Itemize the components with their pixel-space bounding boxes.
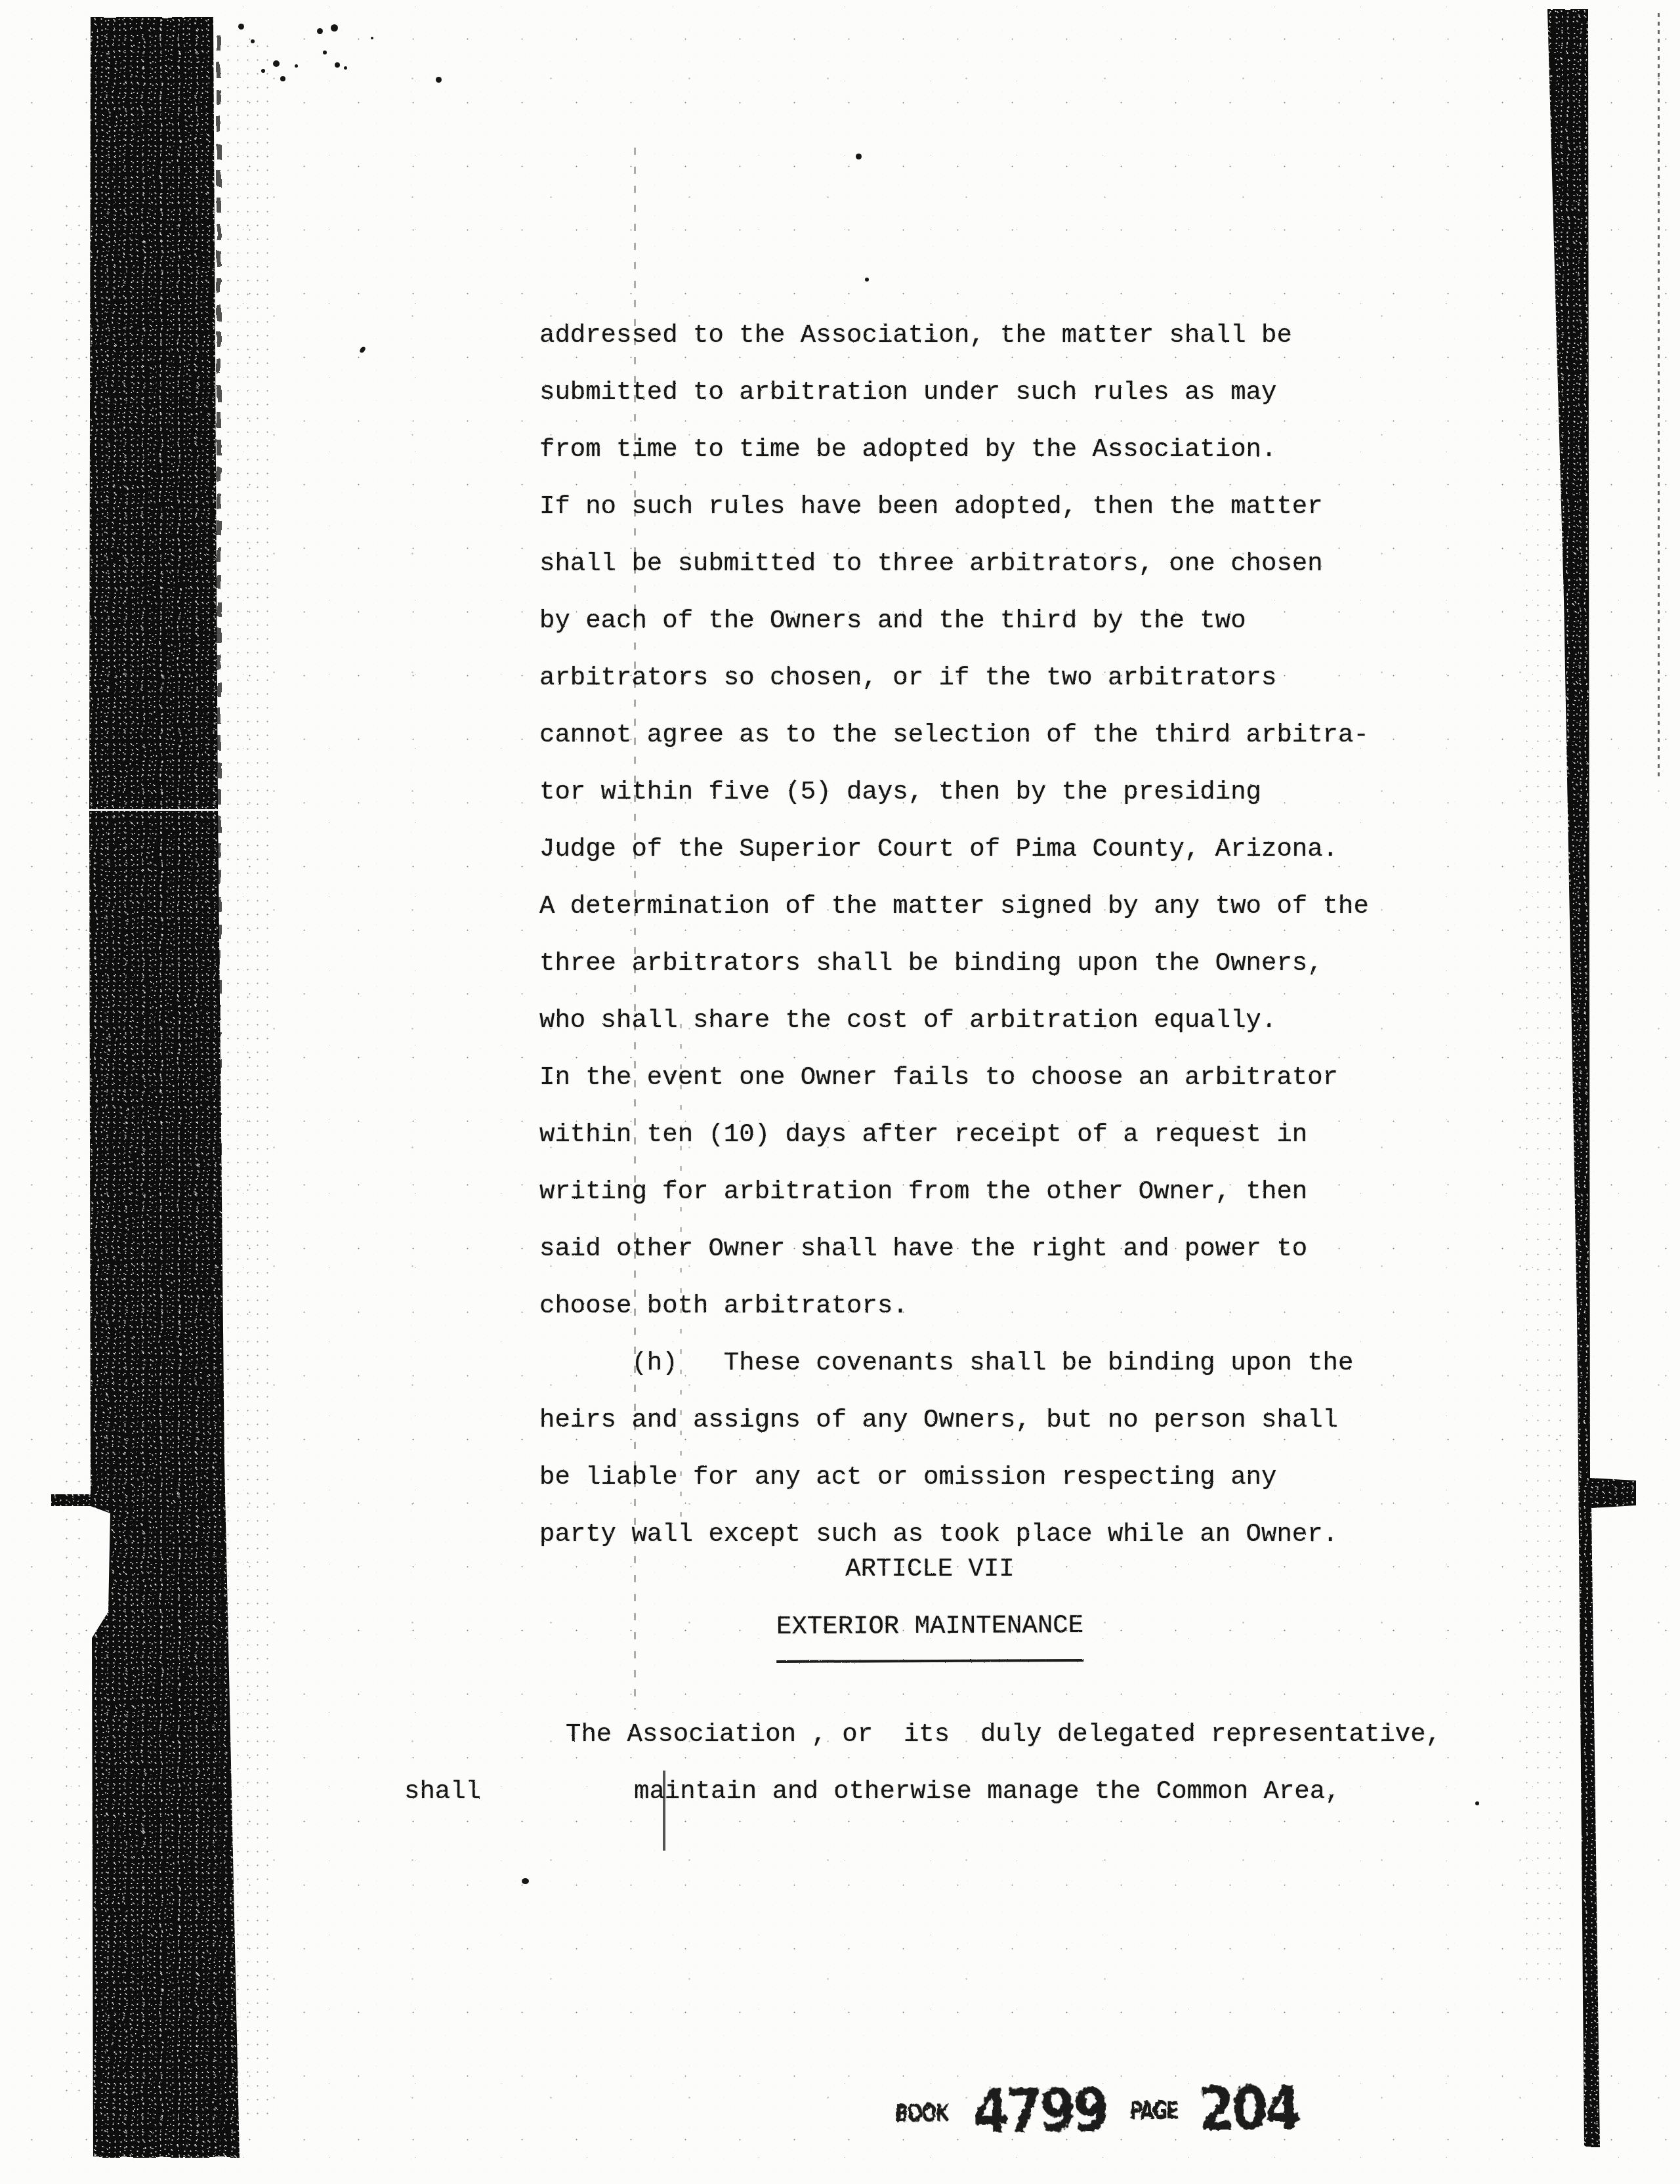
ink-dot: [865, 278, 869, 282]
book-page-stamp: BOOK 4799 PAGE 204: [887, 2080, 1306, 2143]
body-line: be liable for any act or omission respec…: [539, 1449, 1419, 1506]
body-line: arbitrators so chosen, or if the two arb…: [539, 650, 1419, 707]
body-line: Judge of the Superior Court of Pima Coun…: [539, 821, 1419, 878]
ink-dot: [280, 76, 285, 81]
body-line: choose both arbitrators.: [539, 1278, 1419, 1335]
paragraph-arbitration-covenants: addressed to the Association, the matter…: [539, 307, 1419, 1563]
ink-dot: [295, 64, 298, 68]
body-line: writing for arbitration from the other O…: [539, 1164, 1419, 1221]
ink-dot: [331, 24, 338, 31]
stamp-page-number: 204: [1198, 2080, 1299, 2140]
margin-inserted-word: shall: [404, 1763, 481, 1820]
left-band-dashed-edge: [217, 36, 221, 2143]
body-line: said other Owner shall have the right an…: [539, 1221, 1419, 1278]
ink-dot: [251, 39, 255, 43]
ink-dot: [261, 69, 265, 73]
body-line: shall be submitted to three arbitrators,…: [539, 535, 1419, 593]
body-line: If no such rules have been adopted, then…: [539, 478, 1419, 535]
body-line: In the event one Owner fails to choose a…: [539, 1049, 1419, 1106]
body-line: within ten (10) days after receipt of a …: [539, 1106, 1419, 1164]
article-heading: ARTICLE VII: [539, 1541, 1320, 1598]
body-line: tor within five (5) days, then by the pr…: [539, 764, 1419, 821]
closing-paragraph-line-2: maintain and otherwise manage the Common…: [634, 1763, 1341, 1820]
body-line: three arbitrators shall be binding upon …: [539, 935, 1419, 992]
ink-dot: [856, 154, 862, 159]
ink-dot: [238, 24, 244, 30]
scanned-document-page: addressed to the Association, the matter…: [0, 0, 1680, 2184]
ink-dot: [371, 37, 373, 39]
ink-dot: [344, 66, 347, 70]
section-heading: EXTERIOR MAINTENANCE: [539, 1598, 1320, 1662]
stamp-book-number: 4799: [973, 2082, 1106, 2142]
stamp-page-label: PAGE: [1129, 2096, 1177, 2125]
ink-dot: [335, 62, 340, 68]
body-line: who shall share the cost of arbitration …: [539, 992, 1419, 1049]
ink-dot: [436, 77, 442, 83]
body-line: heirs and assigns of any Owners, but no …: [539, 1392, 1419, 1449]
stamp-book-label: BOOK: [894, 2099, 948, 2128]
article-headings: ARTICLE VII EXTERIOR MAINTENANCE: [539, 1541, 1320, 1662]
body-line: from time to time be adopted by the Asso…: [539, 421, 1419, 478]
ink-dot: [522, 1878, 529, 1884]
body-line: A determination of the matter signed by …: [539, 878, 1419, 935]
body-line: submitted to arbitration under such rule…: [539, 364, 1419, 421]
closing-paragraph-line-1: The Association , or its duly delegated …: [566, 1706, 1441, 1763]
right-band-specks: [1521, 341, 1562, 1982]
body-line: by each of the Owners and the third by t…: [539, 593, 1419, 650]
body-line: addressed to the Association, the matter…: [539, 307, 1419, 364]
ink-dot: [317, 28, 323, 34]
left-band-outer-specks: [60, 197, 88, 2100]
left-band-white-scratch: [89, 809, 218, 811]
body-line: cannot agree as to the selection of the …: [539, 707, 1419, 764]
body-line: (h) These covenants shall be binding upo…: [539, 1335, 1419, 1392]
section-heading-underlined-text: EXTERIOR MAINTENANCE: [776, 1597, 1084, 1663]
ink-dot: [359, 346, 366, 354]
right-dotted-scan-line: [1658, 13, 1660, 778]
ink-dot: [273, 60, 280, 67]
ink-dot: [323, 51, 327, 54]
ink-dot: [1475, 1801, 1479, 1805]
